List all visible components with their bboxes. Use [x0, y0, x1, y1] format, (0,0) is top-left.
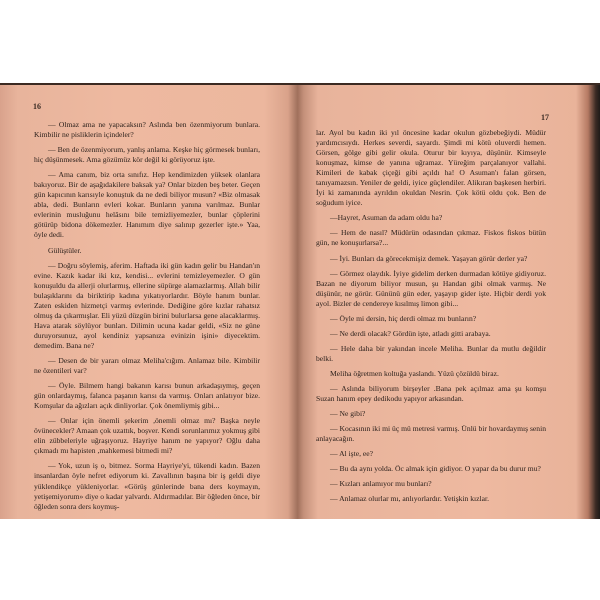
paragraph: — Öyle. Bilmem hangi bakanın karısı bunu…: [34, 381, 260, 411]
paragraph: — Bu da aynı yolda. Öc almak için gidiyo…: [316, 464, 546, 474]
paragraph: — Görmez olaydık. İyiye gidelim derken d…: [316, 269, 546, 309]
paragraph: —Hayret, Asuman da adam oldu ha?: [316, 213, 546, 223]
paragraph: — Ne gibi?: [316, 409, 546, 419]
paragraph: — Kocasının iki mi üç mü metresi varmış.…: [316, 424, 546, 444]
paragraph: — Ben de özenmiyorum, yanlış anlama. Keş…: [34, 145, 260, 165]
paragraph: — Anlamaz olurlar mı, anlıyorlardır. Yet…: [316, 494, 546, 504]
paragraph: — Doğru söylemiş, aferim. Haftada iki gü…: [34, 261, 260, 351]
left-page: 16 — Olmaz ama ne yapacaksın? Aslında be…: [0, 85, 298, 519]
paragraph: — Yok, uzun iş o, bitmez. Sorma Hayriye'…: [34, 461, 260, 511]
paragraph: Meliha öğretmen koltuğa yaslandı. Yüzü ç…: [316, 369, 546, 379]
paragraph: — İyi. Bunları da görecekmişiz demek. Ya…: [316, 254, 546, 264]
paragraph: — Hele daha bir yakından incele Meliha. …: [316, 344, 546, 364]
paragraph: — Desen de bir yararı olmaz Meliha'cığım…: [34, 356, 260, 376]
paragraph: — Ne derdi olacak? Gördün işte, atladı g…: [316, 329, 546, 339]
right-page-text: lar. Ayol bu kadın iki yıl öncesine kada…: [316, 128, 546, 509]
paragraph: — Onlar için önemli şekerim ,önemli olma…: [34, 416, 260, 456]
left-page-text: — Olmaz ama ne yapacaksın? Aslında ben ö…: [34, 120, 260, 517]
book-spread: 16 — Olmaz ama ne yapacaksın? Aslında be…: [0, 83, 600, 519]
paragraph: — Öyle mi dersin, hiç derdi olmaz mı bun…: [316, 314, 546, 324]
left-page-number: 16: [33, 102, 41, 111]
paragraph: lar. Ayol bu kadın iki yıl öncesine kada…: [316, 128, 546, 208]
paragraph: — Ama canım, biz orta sınıfız. Hep kendi…: [34, 170, 260, 240]
paragraph: — Aslında biliyorum birşeyler .Bana pek …: [316, 384, 546, 404]
right-page-number: 17: [541, 113, 549, 122]
paragraph: — Kızları anlamıyor mu bunları?: [316, 479, 546, 489]
right-page: 17 lar. Ayol bu kadın iki yıl öncesine k…: [300, 85, 592, 519]
paragraph: — Hem de nasıl? Müdürün odasından çıkmaz…: [316, 228, 546, 248]
paragraph: Gülüştüler.: [34, 246, 260, 256]
paragraph: — Olmaz ama ne yapacaksın? Aslında ben ö…: [34, 120, 260, 140]
paragraph: — Al işte, ee?: [316, 449, 546, 459]
